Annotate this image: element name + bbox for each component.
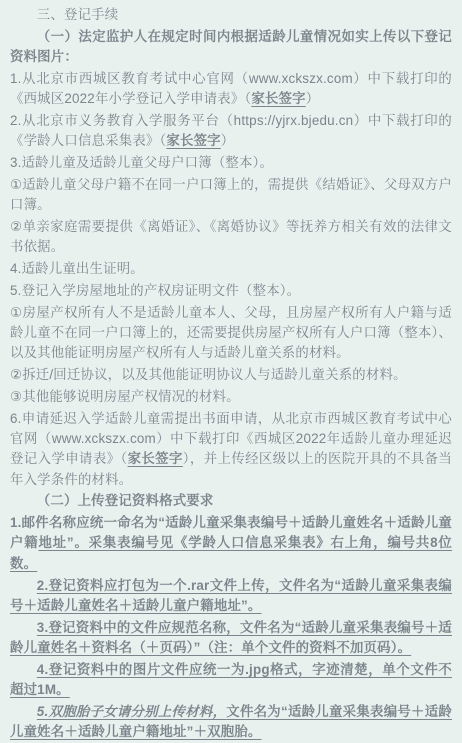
- subsection-1-heading: （一）法定监护人在规定时间内根据适龄儿童情况如实上传以下登记资料图片：: [10, 27, 452, 68]
- text-run: 3.适龄儿童及适龄儿童父母户口簿（整本）。: [10, 155, 273, 170]
- document-body: 三、登记手续（一）法定监护人在规定时间内根据适龄儿童情况如实上传以下登记资料图片…: [0, 0, 462, 743]
- text-run: ①适龄儿童父母户籍不在同一户口簿上的，需提供《结婚证》、父母双方户口簿。: [10, 177, 452, 212]
- text-run: 2.登记资料应打包为一个.rar文件上传，文件名为“适龄儿童采集表编号＋适龄儿童…: [10, 578, 452, 613]
- section-3-heading: 三、登记手续: [10, 5, 452, 25]
- text-run: 3.登记资料中的文件应规范名称，文件名为“适龄儿童采集表编号＋适龄儿童姓名＋资料…: [10, 620, 452, 655]
- format-item-4: 4.登记资料中的图片文件应统一为.jpg格式，字迹清楚，单个文件不超过1M。: [10, 660, 452, 701]
- upload-item-4: 4.适龄儿童出生证明。: [10, 259, 452, 279]
- upload-item-2: 2.从北京市义务教育入学服务平台（https://yjrx.bjedu.cn）中…: [10, 111, 452, 152]
- upload-item-5-note-3: ③其他能够说明房屋产权情况的材料。: [10, 387, 452, 407]
- upload-item-5: 5.登记入学房屋地址的产权房证明文件（整本）。: [10, 281, 452, 301]
- text-run: 家长签字: [251, 91, 305, 106]
- upload-item-5-note-2: ②拆迁/回迁协议，以及其他能证明协议人与适龄儿童关系的材料。: [10, 365, 452, 385]
- text-run: 三、登记手续: [37, 7, 119, 22]
- format-item-5: 5.双胞胎子女请分别上传材料，文件名为“适龄儿童采集表编号＋适龄儿童姓名＋适龄儿…: [10, 702, 452, 743]
- text-run: （二）上传登记资料格式要求: [37, 493, 214, 508]
- text-run: 地址”。采集表编号见《学龄人口信息采集表》右上角，编号共8位数。: [10, 535, 452, 570]
- text-run: （一）法定监护人在规定时间内根据适龄儿童情况如实上传以下登记资料图片：: [10, 29, 452, 64]
- text-run: 5.双胞胎子女请分别上传材料，: [37, 704, 226, 719]
- upload-item-6: 6.申请延迟入学适龄儿童需提出书面申请，从北京市西城区教育考试中心官网（www.…: [10, 409, 452, 490]
- upload-item-3-note-1: ①适龄儿童父母户籍不在同一户口簿上的，需提供《结婚证》、父母双方户口簿。: [10, 175, 452, 216]
- text-run: 4.适龄儿童出生证明。: [10, 261, 144, 276]
- text-run: 家长签字: [128, 451, 183, 466]
- format-item-1: 1.邮件名称应统一命名为“适龄儿童采集表编号＋适龄儿童姓名＋适龄儿童户籍地址”。…: [10, 513, 452, 574]
- text-run: ②拆迁/回迁协议，以及其他能证明协议人与适龄儿童关系的材料。: [10, 367, 407, 382]
- text-run: 5.登记入学房屋地址的产权房证明文件（整本）。: [10, 283, 300, 298]
- text-run: ②单亲家庭需要提供《离婚证》、《离婚协议》等抚养方相关有效的法律文书依据。: [10, 219, 452, 254]
- text-run: 家长签字: [166, 133, 220, 148]
- text-run: ①房屋产权所有人不是适龄儿童本人、父母，且房屋产权所有人户籍与适龄儿童不在同一户…: [10, 305, 452, 361]
- format-item-2: 2.登记资料应打包为一个.rar文件上传，文件名为“适龄儿童采集表编号＋适龄儿童…: [10, 576, 452, 617]
- text-run: ③其他能够说明房屋产权情况的材料。: [10, 389, 240, 404]
- text-run: 1.从北京市西城区教育考试中心官网（www.xckszx.com）中下载打印的《…: [10, 71, 452, 106]
- upload-item-3-note-2: ②单亲家庭需要提供《离婚证》、《离婚协议》等抚养方相关有效的法律文书依据。: [10, 217, 452, 258]
- subsection-2-heading: （二）上传登记资料格式要求: [10, 491, 452, 511]
- upload-item-3: 3.适龄儿童及适龄儿童父母户口簿（整本）。: [10, 153, 452, 173]
- upload-item-5-note-1: ①房屋产权所有人不是适龄儿童本人、父母，且房屋产权所有人户籍与适龄儿童不在同一户…: [10, 303, 452, 364]
- format-item-3: 3.登记资料中的文件应规范名称，文件名为“适龄儿童采集表编号＋适龄儿童姓名＋资料…: [10, 618, 452, 659]
- text-run: ）: [306, 91, 320, 106]
- upload-item-1: 1.从北京市西城区教育考试中心官网（www.xckszx.com）中下载打印的《…: [10, 69, 452, 110]
- text-run: 4.登记资料中的图片文件应统一为.jpg格式，字迹清楚，单个文件不超过1M。: [10, 662, 452, 697]
- text-run: ）: [221, 133, 235, 148]
